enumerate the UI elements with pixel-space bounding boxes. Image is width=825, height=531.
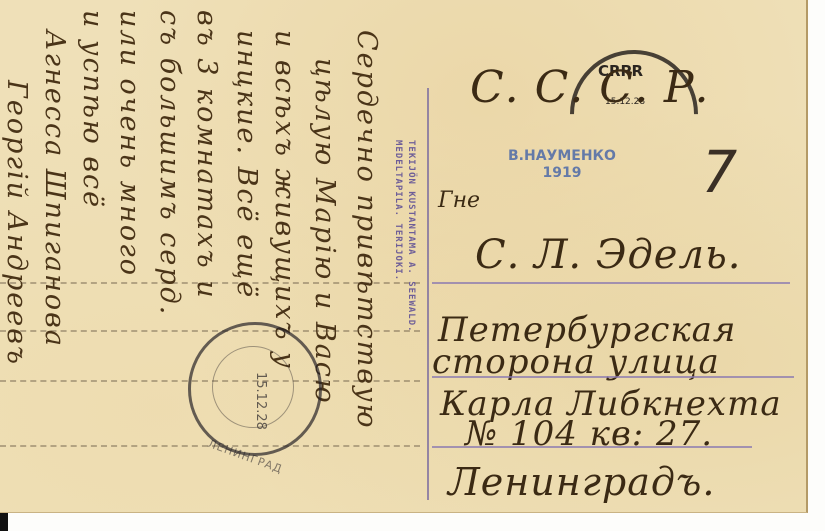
publisher-line-2: MEDELTAPILA. TERIJOKI. xyxy=(391,140,404,333)
message-line: и успѣю всё xyxy=(77,10,108,209)
address-line xyxy=(432,282,790,284)
publisher-imprint: TEKIJÖN KUSTANTAMA A. SEEWALD. MEDELTAPI… xyxy=(391,140,417,333)
address-line xyxy=(432,376,794,378)
message-line: Георгій Андреевъ xyxy=(1,80,32,366)
country-header: С. С. С. Р. xyxy=(470,62,710,113)
address-line xyxy=(432,446,752,448)
scan-edge xyxy=(0,513,8,531)
blue-collector-stamp: В.НАУМЕНКО 1919 xyxy=(508,148,616,182)
address-city: Ленинградъ. xyxy=(448,460,715,504)
message-line: и всѣхъ живущихъ у xyxy=(269,30,300,370)
blue-stamp-name: В.НАУМЕНКО xyxy=(508,148,616,165)
message-line: Сердечно привѣтствую xyxy=(351,30,382,430)
message-line: цѣлую Марію и Васю xyxy=(309,58,340,405)
postmark-date: 15.12.28 xyxy=(253,372,268,430)
publisher-line-1: TEKIJÖN KUSTANTAMA A. SEEWALD. xyxy=(404,140,417,333)
recipient-name: С. Л. Эдель. xyxy=(475,232,741,278)
message-line: съ большимъ серд. xyxy=(154,10,185,316)
postcard: Сердечно привѣтствую цѣлую Марію и Васю … xyxy=(0,0,808,513)
address-house: № 104 кв: 27. xyxy=(465,414,713,454)
center-divider xyxy=(427,88,429,500)
annotation-number: 7 xyxy=(693,138,744,206)
message-line: инцкие. Всё ещё xyxy=(231,30,262,299)
message-line: Агнесса Шпиганова xyxy=(39,30,70,348)
blue-stamp-year: 1919 xyxy=(508,165,616,182)
message-line: въ 3 комнатахъ и xyxy=(191,10,222,300)
recipient-prefix: Гне xyxy=(438,188,480,213)
message-line: или очень много xyxy=(114,10,145,277)
